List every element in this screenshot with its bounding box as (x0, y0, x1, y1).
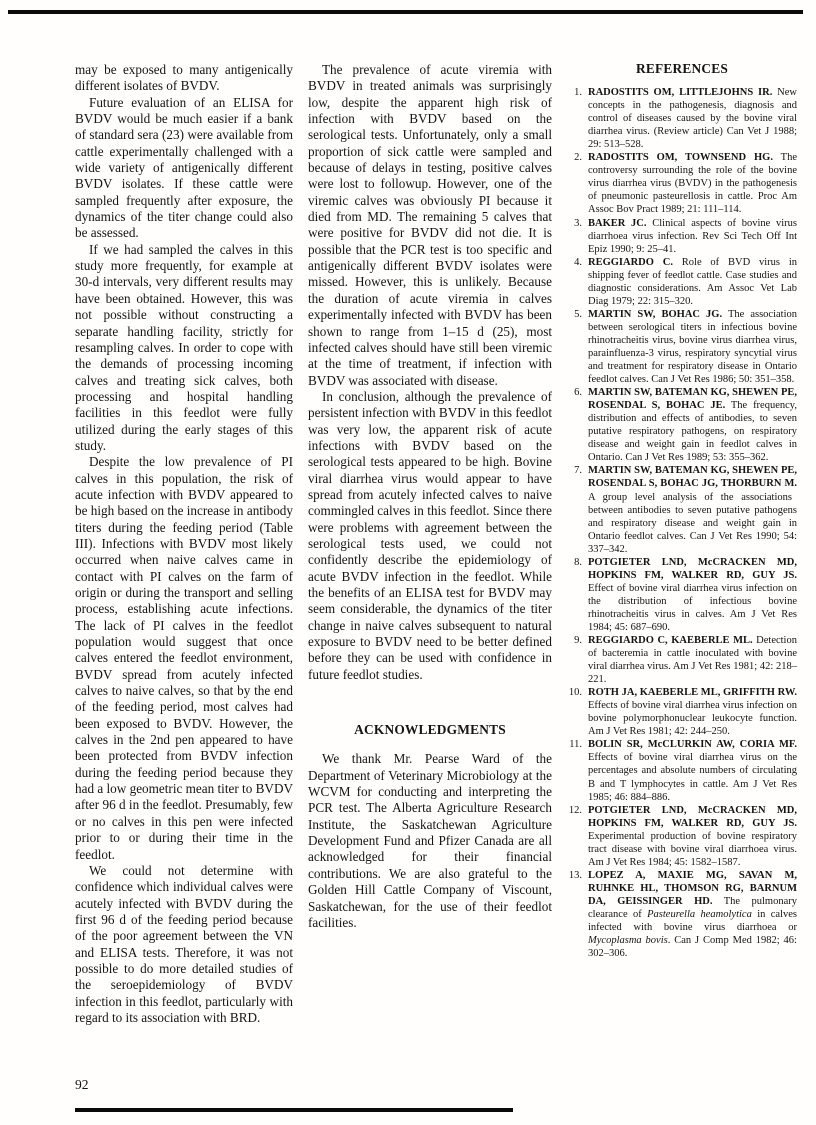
references-column: REFERENCES 1.RADOSTITS OM, LITTLEJOHNS I… (567, 62, 797, 1026)
reference-authors: RADOSTITS OM, TOWNSEND HG. (588, 152, 773, 163)
reference-number: 5. (567, 308, 582, 321)
reference-number: 4. (567, 256, 582, 269)
reference-item: 7.MARTIN SW, BATEMAN KG, SHEWEN PE, ROSE… (567, 464, 797, 555)
reference-item: 5.MARTIN SW, BOHAC JG. The association b… (567, 308, 797, 386)
reference-authors: BAKER JC. (588, 218, 647, 229)
reference-item: 13.LOPEZ A, MAXIE MG, SAVAN M, RUHNKE HL… (567, 869, 797, 960)
reference-italic-text: Mycoplasma bovis (588, 935, 668, 946)
paragraph: We thank Mr. Pearse Ward of the Departme… (308, 751, 552, 931)
reference-number: 3. (567, 217, 582, 230)
acknowledgments-heading: ACKNOWLEDGMENTS (308, 722, 552, 738)
reference-number: 10. (567, 686, 582, 699)
paragraph: In conclusion, although the prevalence o… (308, 389, 552, 683)
reference-authors: ROTH JA, KAEBERLE ML, GRIFFITH RW. (588, 687, 797, 698)
paragraph: Despite the low prevalence of PI calves … (75, 454, 293, 863)
reference-italic-text: Pasteurella heamolytica (647, 909, 752, 920)
reference-authors: MARTIN SW, BATEMAN KG, SHEWEN PE, ROSEND… (588, 465, 797, 489)
reference-authors: BOLIN SR, McCLURKIN AW, CORIA MF. (588, 739, 797, 750)
page-number: 92 (75, 1077, 89, 1093)
paragraph: We could not determine with confidence w… (75, 863, 293, 1026)
reference-item: 4.REGGIARDO C. Role of BVD virus in ship… (567, 256, 797, 308)
reference-item: 9.REGGIARDO C, KAEBERLE ML. Detection of… (567, 634, 797, 686)
reference-text: The association between serological tite… (588, 309, 797, 385)
reference-item: 2.RADOSTITS OM, TOWNSEND HG. The controv… (567, 151, 797, 216)
reference-number: 7. (567, 464, 582, 477)
reference-authors: MARTIN SW, BOHAC JG. (588, 309, 722, 320)
reference-item: 12.POTGIETER LND, McCRACKEN MD, HOPKINS … (567, 804, 797, 869)
reference-item: 6.MARTIN SW, BATEMAN KG, SHEWEN PE, ROSE… (567, 386, 797, 464)
references-list: 1.RADOSTITS OM, LITTLEJOHNS IR. New conc… (567, 86, 797, 960)
reference-text: Experimental production of bovine respir… (588, 831, 797, 868)
reference-authors: POTGIETER LND, McCRACKEN MD, HOPKINS FM,… (588, 557, 797, 581)
reference-text: Effects of bovine viral diarrhea virus o… (588, 752, 797, 802)
reference-text: A group level analysis of the associatio… (588, 492, 797, 555)
middle-column-body: The prevalence of acute viremia with BVD… (308, 62, 552, 683)
reference-number: 13. (567, 869, 582, 882)
paragraph: If we had sampled the calves in this stu… (75, 242, 293, 454)
text-columns: may be exposed to many antigenically dif… (75, 62, 797, 1026)
reference-number: 9. (567, 634, 582, 647)
reference-text: Effects of bovine viral diarrhea virus i… (588, 700, 797, 737)
reference-text: Effect of bovine viral diarrhea virus in… (588, 583, 797, 633)
middle-column: The prevalence of acute viremia with BVD… (308, 62, 552, 1026)
reference-number: 1. (567, 86, 582, 99)
paragraph: The prevalence of acute viremia with BVD… (308, 62, 552, 389)
paragraph: may be exposed to many antigenically dif… (75, 62, 293, 95)
reference-number: 2. (567, 151, 582, 164)
bottom-rule (75, 1108, 513, 1112)
journal-page: may be exposed to many antigenically dif… (0, 0, 816, 1125)
acknowledgments-body: We thank Mr. Pearse Ward of the Departme… (308, 751, 552, 931)
reference-number: 8. (567, 556, 582, 569)
references-heading: REFERENCES (567, 62, 797, 75)
reference-number: 11. (567, 738, 582, 751)
reference-item: 11.BOLIN SR, McCLURKIN AW, CORIA MF. Eff… (567, 738, 797, 803)
reference-item: 10.ROTH JA, KAEBERLE ML, GRIFFITH RW. Ef… (567, 686, 797, 738)
reference-item: 8.POTGIETER LND, McCRACKEN MD, HOPKINS F… (567, 556, 797, 634)
top-rule (8, 10, 803, 14)
paragraph: Future evaluation of an ELISA for BVDV w… (75, 95, 293, 242)
reference-authors: REGGIARDO C. (588, 257, 673, 268)
reference-item: 3.BAKER JC. Clinical aspects of bovine v… (567, 217, 797, 256)
reference-authors: POTGIETER LND, McCRACKEN MD, HOPKINS FM,… (588, 805, 797, 829)
reference-number: 12. (567, 804, 582, 817)
reference-authors: REGGIARDO C, KAEBERLE ML. (588, 635, 753, 646)
left-column: may be exposed to many antigenically dif… (75, 62, 293, 1026)
reference-item: 1.RADOSTITS OM, LITTLEJOHNS IR. New conc… (567, 86, 797, 151)
reference-authors: RADOSTITS OM, LITTLEJOHNS IR. (588, 87, 772, 98)
reference-number: 6. (567, 386, 582, 399)
